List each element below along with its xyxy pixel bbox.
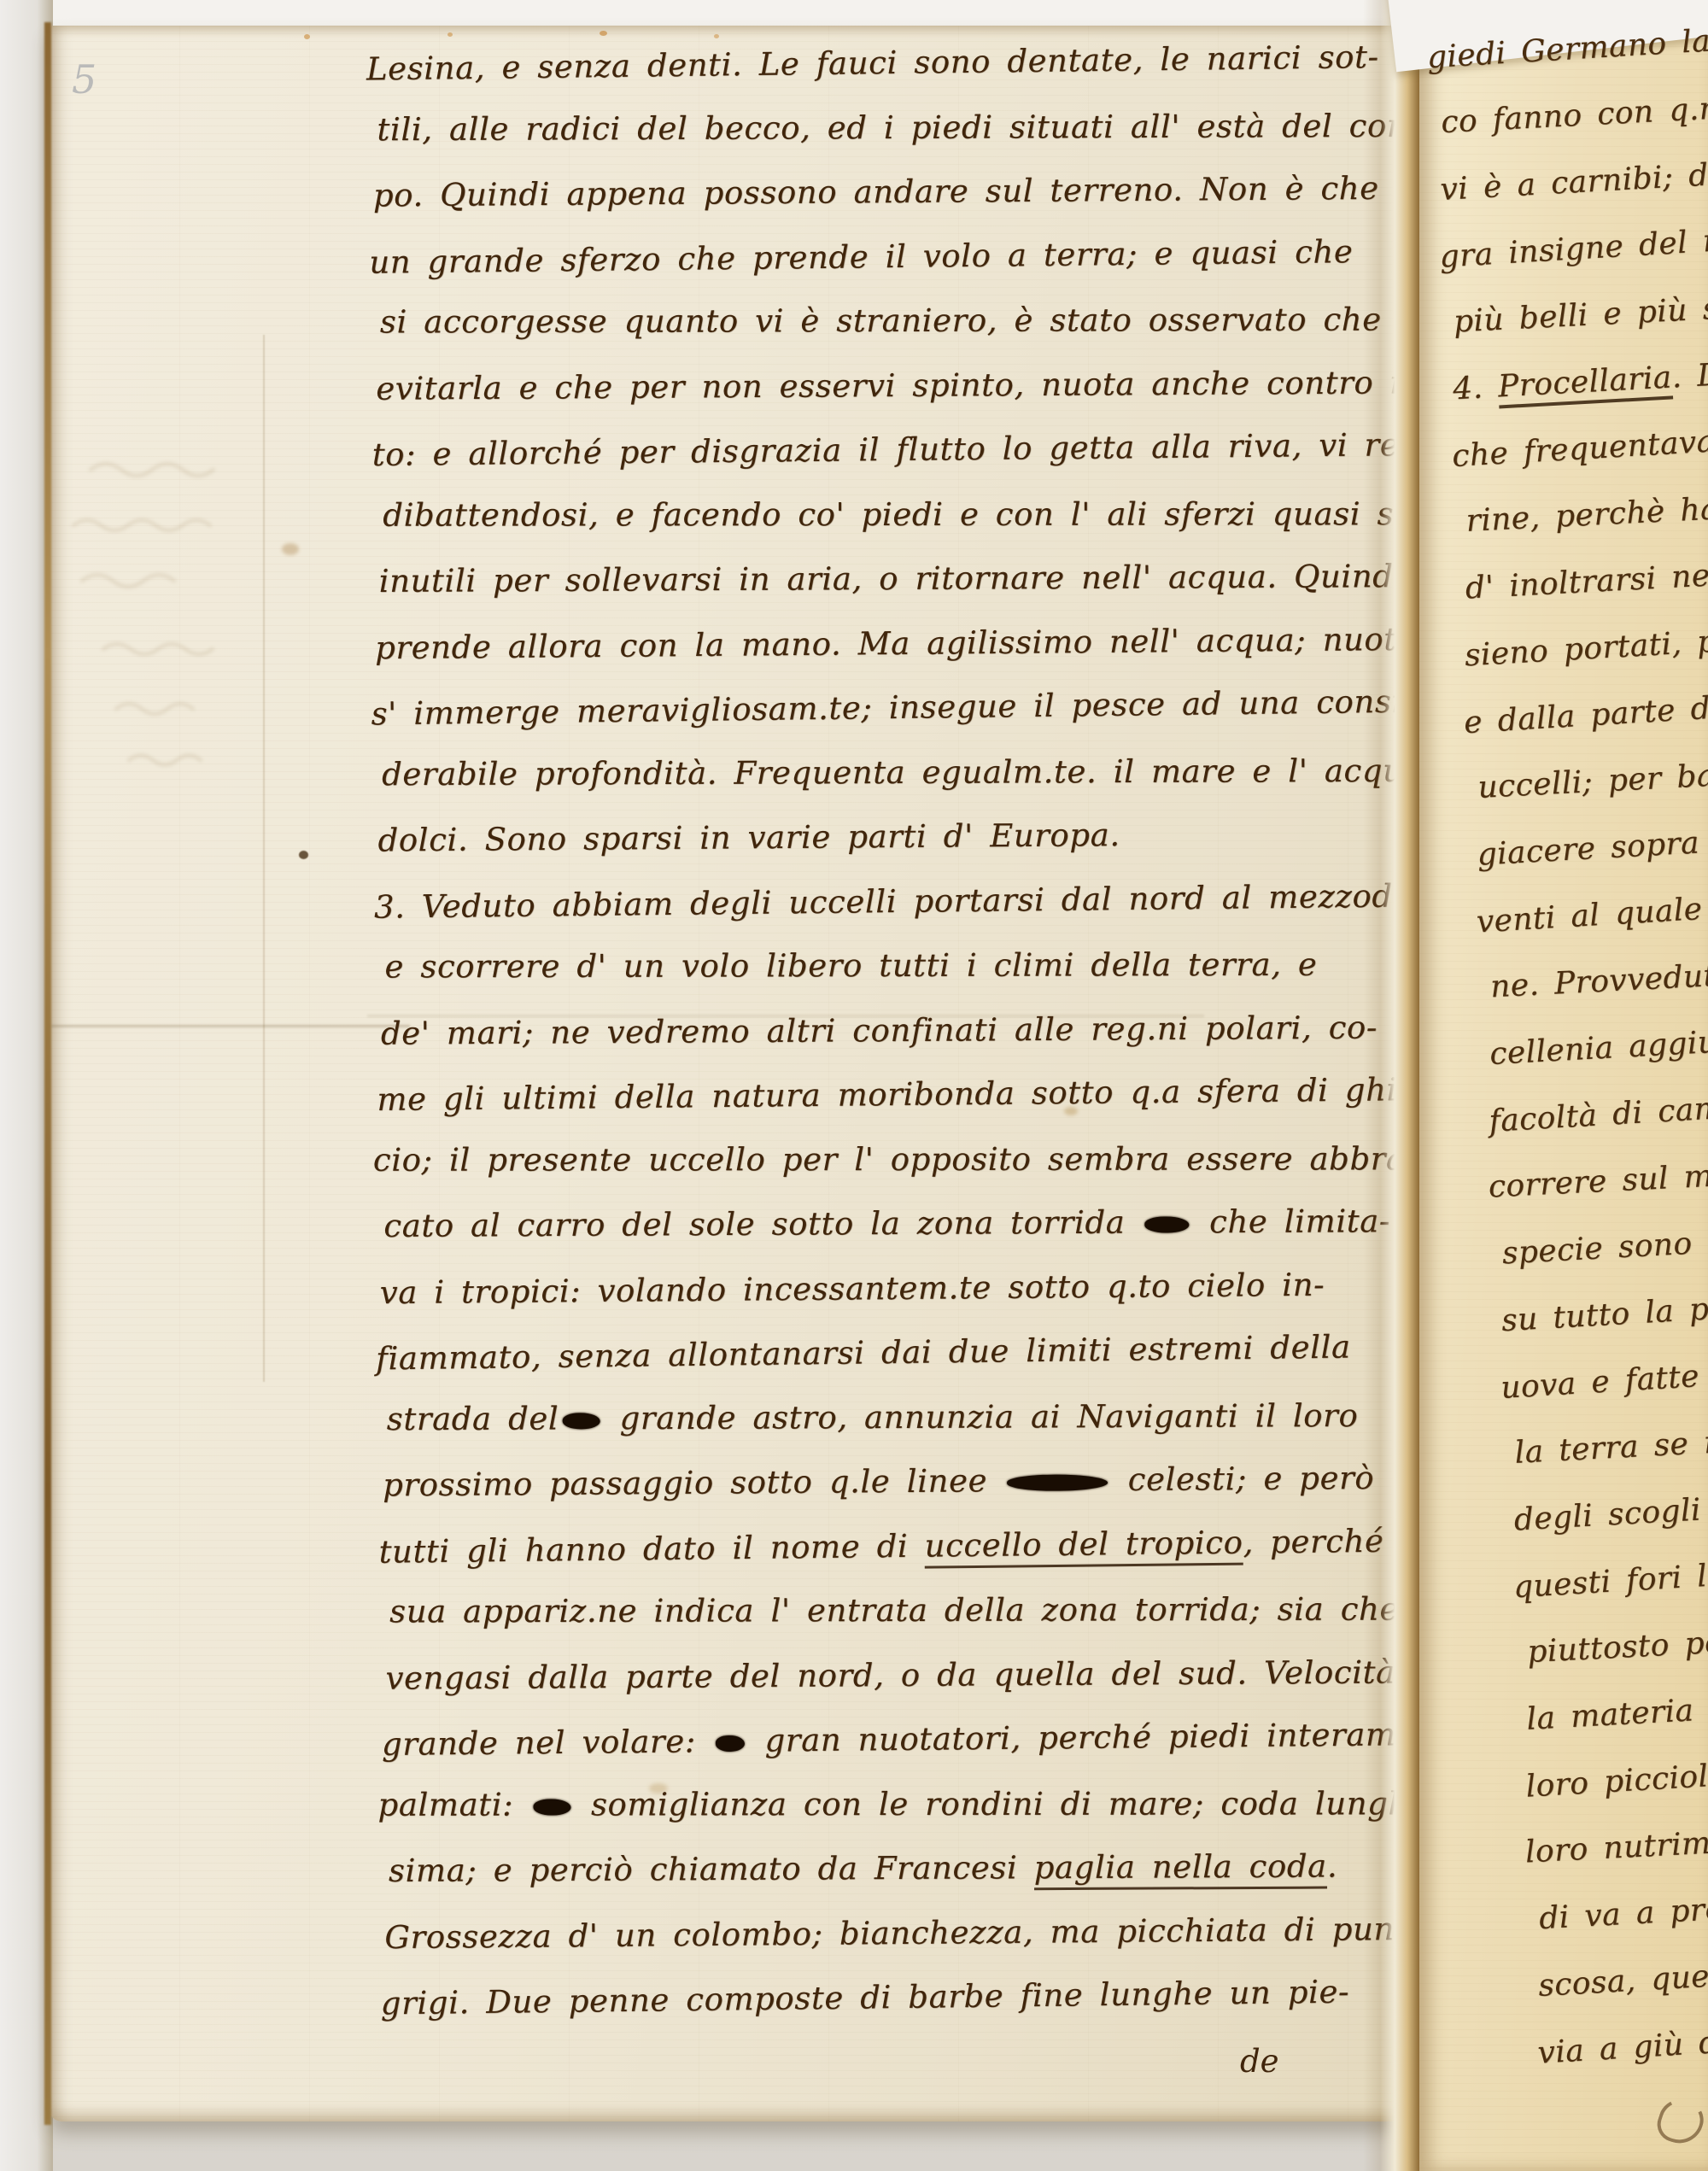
sewn-gutter-edge [44,22,51,2125]
line-text: somiglianza con le rondini di mare; coda… [575,1785,1448,1823]
line-text: po. Quindi appena possono andare sul ter… [373,169,1451,214]
manuscript-line: strada del grande astro, annunzia ai Nav… [387,1396,1424,1465]
manuscript-text-block: Lesina, e senza denti. Le fauci sono den… [373,41,1423,2046]
manuscript-line: cio; il presente uccello per l' opposito… [373,1140,1411,1206]
manuscript-line: palmati: somiglianza con le rondini di m… [377,1785,1415,1851]
manuscript-line: grigi. Due penne composte di barbe fine … [381,1973,1419,2050]
line-text: sima; e perciò chiamato da Francesi [389,1849,1034,1889]
line-text: dibattendosi, e facendo co' piedi e con … [383,495,1499,534]
line-text: che limita- [1193,1203,1390,1240]
bleed-through-marks [56,444,270,786]
manuscript-line: derabile profondità. Frequenta egualm.te… [382,752,1419,820]
line-text: prossimo passaggio sotto q.le linee [383,1462,1004,1503]
manuscript-line: prossimo passaggio sotto q.le linee cele… [383,1460,1421,1531]
underlined-phrase: uccello del tropico [924,1524,1243,1568]
manuscript-line: grande nel volare: gran nuotatori, perch… [382,1716,1420,1790]
manuscript-line: Lesina, e senza denti. Le fauci sono den… [366,38,1405,115]
manuscript-line: vengasi dalla parte del nord, o da quell… [385,1653,1423,1724]
foxing-spot [304,34,310,39]
manuscript-line: d' inoltrarsi nel mar [1465,556,1708,637]
ink-blot-strikeout [534,1799,571,1815]
manuscript-spread: 5 Lesina, e senza denti. Le fauci sono d… [0,0,1708,2171]
manuscript-line: sima; e perciò chiamato da Francesi pagl… [389,1847,1426,1916]
line-text: strada del [387,1400,559,1437]
manuscript-line: tutti gli hanno dato il nome di uccello … [378,1522,1417,1598]
line-text: e scorrere d' un volo libero tutti i cli… [384,946,1317,986]
line-text: palmati: [377,1786,529,1823]
line-text: evitarla e che per non esservi spinto, n… [376,363,1497,407]
page-fold-shadow [1363,0,1424,2171]
manuscript-line: inutili per sollevarsi in aria, o ritorn… [379,558,1417,627]
underlined-phrase: paglia nella coda [1034,1848,1327,1891]
line-text: prende allora con la mano. Ma agilissimo… [375,620,1453,666]
line-text: vengasi dalla parte del nord, o da quell… [385,1653,1395,1696]
line-text: va i tropici: volando incessantem.te sot… [380,1266,1325,1310]
line-text: celesti; e però [1111,1460,1374,1498]
catchword: de [1240,2043,1279,2080]
manuscript-line: de' mari; ne vedremo altri confinati all… [381,1009,1418,1080]
manuscript-line: loro nutrimento. Q [1524,1821,1708,1901]
line-text: tili, alle radici del becco, ed i piedi … [377,107,1413,147]
manuscript-line: la terra se non per [1514,1421,1708,1502]
manuscript-line: fiammato, senza allontanarsi dai due lim… [376,1328,1414,1405]
ink-blot-strikeout [716,1735,745,1752]
line-text: cio; il presente uccello per l' opposito… [373,1140,1435,1179]
ink-spot [299,851,308,859]
manuscript-line: sua appariz.ne indica l' entrata della z… [389,1590,1427,1657]
manuscript-line: uccelli; per balto vedut [1477,756,1708,837]
manuscript-line: evitarla e che per non esservi spinto, n… [376,364,1413,435]
manuscript-line: prende allora con la mano. Ma agilissimo… [375,620,1413,693]
manuscript-line: me gli ultimi della natura moribonda sot… [377,1071,1415,1145]
line-text: grande astro, annunzia ai Naviganti il l… [603,1397,1358,1437]
line-text: cato al carro del sole sotto la zona tor… [383,1204,1142,1244]
manuscript-line: rine, perchè ha più [1465,490,1708,571]
fold-crease [51,1025,410,1027]
line-text: derabile profondità. Frequenta egualm.te… [382,752,1423,792]
manuscript-line: tili, alle radici del becco, ed i piedi … [377,107,1414,175]
manuscript-line: ne. Provveduti di lun [1489,956,1708,1037]
ink-blot-strikeout [1145,1216,1190,1232]
foxing-spot [714,34,719,38]
line-text: . [1327,1847,1338,1884]
underlined-phrase: Procellaria [1497,360,1673,408]
manuscript-line: cato al carro del sole sotto la zona tor… [383,1203,1421,1272]
manuscript-line: Grossezza d' un colombo; bianchezza, ma … [384,1910,1423,1983]
line-text: dolci. Sono sparsi in varie parti d' Eur… [377,816,1120,858]
page-number: 5 [72,56,97,102]
manuscript-line: po. Quindi appena possono andare sul ter… [373,170,1412,242]
manuscript-line: e scorrere d' un volo libero tutti i cli… [384,945,1422,1012]
manuscript-line: va i tropici: volando incessantem.te sot… [380,1265,1418,1338]
foxing-spot [447,32,453,37]
manuscript-line: si accorgesse quanto vi è straniero, è s… [380,301,1418,367]
manuscript-line: piuttosto per il grand [1526,1621,1708,1702]
line-text: tutti gli hanno dato il nome di [378,1527,925,1570]
line-text: sua appariz.ne indica l' entrata della z… [389,1591,1399,1630]
manuscript-line: s' immerge meravigliosam.te; insegue il … [371,683,1409,760]
ink-blot-strikeout [1007,1474,1108,1491]
line-text: de' mari; ne vedremo altri confinati all… [381,1009,1378,1051]
manuscript-line: 3. Veduto abbiam degli uccelli portarsi … [374,877,1413,953]
foxing-spot [600,31,607,36]
line-text: Grossezza d' un colombo; bianchezza, ma … [384,1910,1418,1955]
manuscript-line: più belli e più serrib [1453,290,1708,372]
line-text: 4. [1452,370,1499,407]
manuscript-line: dolci. Sono sparsi in varie parti d' Eur… [377,815,1416,887]
foxing-spot [282,543,299,555]
manuscript-line: dibattendosi, e facendo co' piedi e con … [383,495,1420,561]
line-text: gran nuotatori, perché piedi interam.te [748,1716,1439,1759]
ink-blot-strikeout [562,1413,600,1429]
manuscript-line: un grande sferzo che prende il volo a te… [369,232,1407,308]
line-text: grande nel volare: [382,1723,713,1763]
manuscript-line: to: e allorché per disgrazia il flutto l… [372,426,1411,500]
line-text: inutili per sollevarsi in aria, o ritorn… [379,558,1448,600]
manuscript-line: correre sul mare c [1488,1156,1708,1236]
